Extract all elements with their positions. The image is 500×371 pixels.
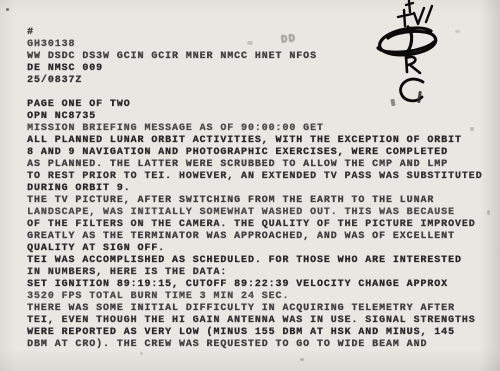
teletype-line: AS PLANNED. THE LATTER WERE SCRUBBED TO …	[27, 159, 498, 171]
teletype-line: IN NUMBERS, HERE IS THE DATA:	[27, 267, 498, 279]
teletype-line: WERE REPORTED AS VERY LOW (MINUS 155 DBM…	[27, 327, 498, 339]
teletype-line: DBM AT CRO). THE CREW WAS REQUESTED TO G…	[27, 339, 498, 351]
teletype-line: THERE WAS SOME INITIAL DIFFICULTY IN ACQ…	[27, 303, 498, 315]
faint-stamp-mark: DD	[280, 33, 296, 47]
handwritten-tv-mark	[398, 1, 432, 26]
teletype-line: 3520 FPS TOTAL BURN TIME 3 MIN 24 SEC.	[27, 291, 498, 303]
teletype-line: QUALITY AT SIGN OFF.	[27, 243, 498, 255]
paper-speck	[470, 127, 474, 131]
scanned-teletype-document: #GH30138WW DSDC DS3W GCIN GCIR MNER NMCC…	[0, 0, 500, 371]
paper-speck	[140, 352, 143, 355]
teletype-line: 8 AND 9 NAVIGATION AND PHOTOGRAPHIC EXER…	[27, 147, 498, 159]
paper-speck	[487, 210, 490, 215]
teletype-line: THE TV PICTURE, AFTER SWITCHING FROM THE…	[27, 195, 498, 207]
paper-speck	[6, 8, 9, 11]
handwritten-annotations	[368, 0, 454, 112]
teletype-line: TEI, EVEN THOUGH THE HI GAIN ANTENNA WAS…	[27, 315, 498, 327]
teletype-line: TEI WAS ACCOMPLISHED AS SCHEDULED. FOR T…	[27, 255, 498, 267]
teletype-line: GREATLY AS THE TERMINATOR WAS APPROACHED…	[27, 231, 498, 243]
teletype-line: LANDSCAPE, WAS INITIALLY SOMEWHAT WASHED…	[27, 207, 498, 219]
handwritten-r-mark	[406, 56, 420, 73]
paper-speck	[455, 30, 460, 33]
handwritten-circle-scribble	[378, 27, 436, 55]
teletype-line: SET IGNITION 89:19:15, CUTOFF 89:22:39 V…	[27, 279, 498, 291]
teletype-line: OF THE FILTERS ON THE CAMERA. THE QUALIT…	[27, 219, 498, 231]
teletype-line: MISSION BRIEFING MESSAGE AS OF 90:00:00 …	[27, 123, 498, 135]
teletype-line: ALL PLANNED LUNAR ORBIT ACTIVITIES, WITH…	[27, 135, 498, 147]
teletype-line: DURING ORBIT 9.	[27, 183, 498, 195]
teletype-line: TO REST PRIOR TO TEI. HOWEVER, AN EXTEND…	[27, 171, 498, 183]
paper-speck	[300, 358, 304, 361]
teletype-line: OPN NC8735	[27, 111, 498, 123]
paper-speck	[247, 41, 253, 45]
